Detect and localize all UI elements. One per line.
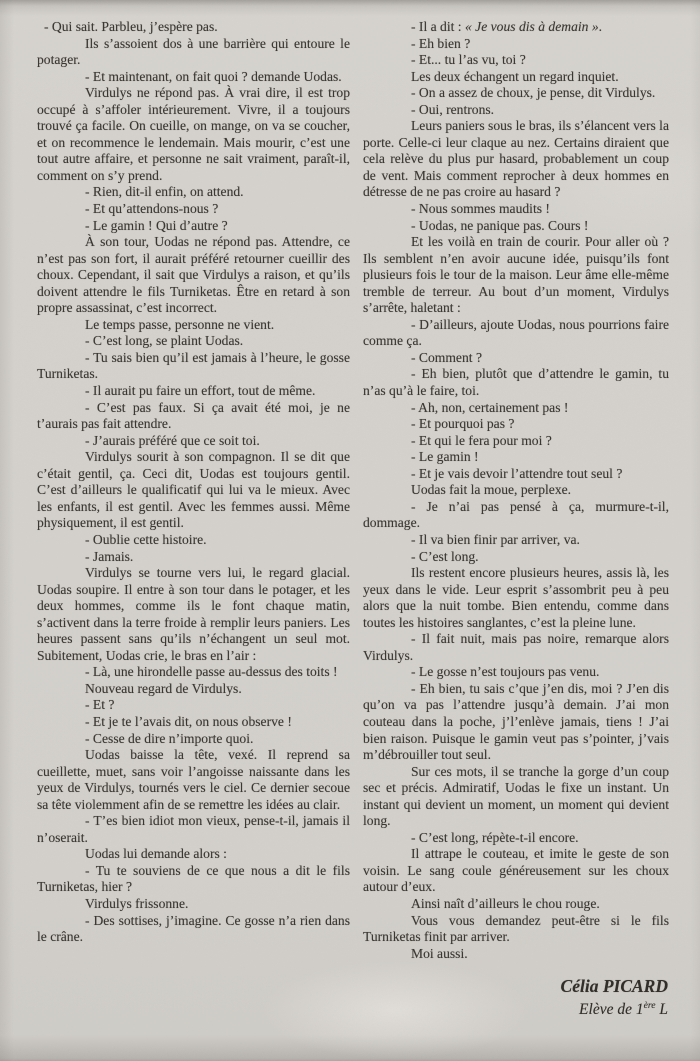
paragraph: - Le gosse n’est toujours pas venu. (363, 664, 669, 681)
paragraph: - Et qu’attendons-nous ? (37, 201, 350, 218)
paragraph: Il attrape le couteau, et imite le geste… (363, 846, 669, 896)
paragraph: - Eh bien, plutôt que d’attendre le gami… (363, 366, 669, 399)
paragraph: - C’est long, se plaint Uodas. (37, 333, 350, 350)
paragraph: - C’est long, répète-t-il encore. (363, 830, 669, 847)
paragraph: - Je n’ai pas pensé à ça, murmure-t-il, … (363, 499, 669, 532)
paragraph: Virdulys se tourne vers lui, le regard g… (37, 565, 350, 664)
paragraph: - Nous sommes maudits ! (363, 201, 669, 218)
paragraph: Ils s’assoient dos à une barrière qui en… (37, 36, 350, 69)
paragraph: - Qui sait. Parbleu, j’espère pas. (37, 19, 350, 36)
paragraph: - Il a dit : « Je vous dis à demain ». (363, 19, 669, 36)
paragraph: - Cesse de dire n’importe quoi. (37, 731, 350, 748)
text-columns: - Qui sait. Parbleu, j’espère pas.Ils s’… (37, 19, 669, 1019)
paragraph: Uodas baisse la tête, vexé. Il reprend s… (37, 747, 350, 813)
author-signature: Célia PICARD Elève de 1ère L (363, 976, 669, 1019)
paragraph: Nouveau regard de Virdulys. (37, 681, 350, 698)
paragraph: Et les voilà en train de courir. Pour al… (363, 234, 669, 317)
paragraph: - Et maintenant, on fait quoi ? demande … (37, 69, 350, 86)
paragraph: - T’es bien idiot mon vieux, pense-t-il,… (37, 813, 350, 846)
paragraph: - Tu sais bien qu’il est jamais à l’heur… (37, 350, 350, 383)
paragraph: - Eh bien ? (363, 36, 669, 53)
paragraph: Uodas lui demande alors : (37, 846, 350, 863)
paragraph: - Et ? (37, 697, 350, 714)
author-name: Célia PICARD (363, 976, 668, 996)
paragraph: Uodas fait la moue, perplexe. (363, 482, 669, 499)
paragraph: - C’est pas faux. Si ça avait été moi, j… (37, 400, 350, 433)
paragraph: - Comment ? (363, 350, 669, 367)
paragraph: - Le gamin ! (363, 449, 669, 466)
author-class: Elève de 1ère L (363, 996, 668, 1019)
paragraph: Les deux échangent un regard inquiet. (363, 69, 669, 86)
paragraph: - Et pourquoi pas ? (363, 416, 669, 433)
paragraph: Ainsi naît d’ailleurs le chou rouge. (363, 896, 669, 913)
paragraph: À son tour, Uodas ne répond pas. Attendr… (37, 234, 350, 317)
paragraph: - Uodas, ne panique pas. Cours ! (363, 218, 669, 235)
paragraph: Vous vous demandez peut-être si le fils … (363, 913, 669, 946)
paragraph: - Rien, dit-il enfin, on attend. (37, 184, 350, 201)
author-class-superscript: ère (644, 1000, 656, 1011)
paragraph: - Oui, rentrons. (363, 102, 669, 119)
scanned-page: - Qui sait. Parbleu, j’espère pas.Ils s’… (0, 0, 700, 1061)
paragraph: - Jamais. (37, 549, 350, 566)
author-class-suffix: L (656, 1001, 669, 1018)
paragraph: - Il fait nuit, mais pas noire, remarque… (363, 631, 669, 664)
paragraph: Virdulys ne répond pas. À vrai dire, il … (37, 85, 350, 184)
paragraph: - Des sottises, j’imagine. Ce gosse n’a … (37, 913, 350, 946)
paragraph: - Et je te l’avais dit, on nous observe … (37, 714, 350, 731)
paragraph: - Et... tu l’as vu, toi ? (363, 52, 669, 69)
paragraph: - Il aurait pu faire un effort, tout de … (37, 383, 350, 400)
author-class-prefix: Elève de 1 (579, 1001, 644, 1018)
paragraph: Leurs paniers sous le bras, ils s’élance… (363, 118, 669, 201)
paragraph: - Le gamin ! Qui d’autre ? (37, 218, 350, 235)
paragraph: - Ah, non, certainement pas ! (363, 400, 669, 417)
paragraph: - Il va bien finir par arriver, va. (363, 532, 669, 549)
paragraph: - J’aurais préféré que ce soit toi. (37, 433, 350, 450)
paragraph: - Tu te souviens de ce que nous a dit le… (37, 863, 350, 896)
text-column-right: - Il a dit : « Je vous dis à demain ».- … (363, 19, 669, 962)
paragraph: Virdulys frissonne. (37, 896, 350, 913)
paragraph: - Oublie cette histoire. (37, 532, 350, 549)
paragraph: - On a assez de choux, je pense, dit Vir… (363, 85, 669, 102)
paragraph: Moi aussi. (363, 946, 669, 963)
paragraph: Ils restent encore plusieurs heures, ass… (363, 565, 669, 631)
paragraph: Virdulys sourit à son compagnon. Il se d… (37, 449, 350, 532)
paragraph: - D’ailleurs, ajoute Uodas, nous pourrio… (363, 317, 669, 350)
paragraph: - C’est long. (363, 549, 669, 566)
paragraph: Le temps passe, personne ne vient. (37, 317, 350, 334)
paragraph: - Là, une hirondelle passe au-dessus des… (37, 664, 350, 681)
paragraph: - Et qui le fera pour moi ? (363, 433, 669, 450)
text-column-right-wrap: - Il a dit : « Je vous dis à demain ».- … (363, 19, 669, 1019)
text-column-left: - Qui sait. Parbleu, j’espère pas.Ils s’… (37, 19, 350, 1019)
paragraph: - Et je vais devoir l’attendre tout seul… (363, 466, 669, 483)
paragraph: - Eh bien, tu sais c’que j’en dis, moi ?… (363, 681, 669, 764)
paragraph: Sur ces mots, il se tranche la gorge d’u… (363, 764, 669, 830)
